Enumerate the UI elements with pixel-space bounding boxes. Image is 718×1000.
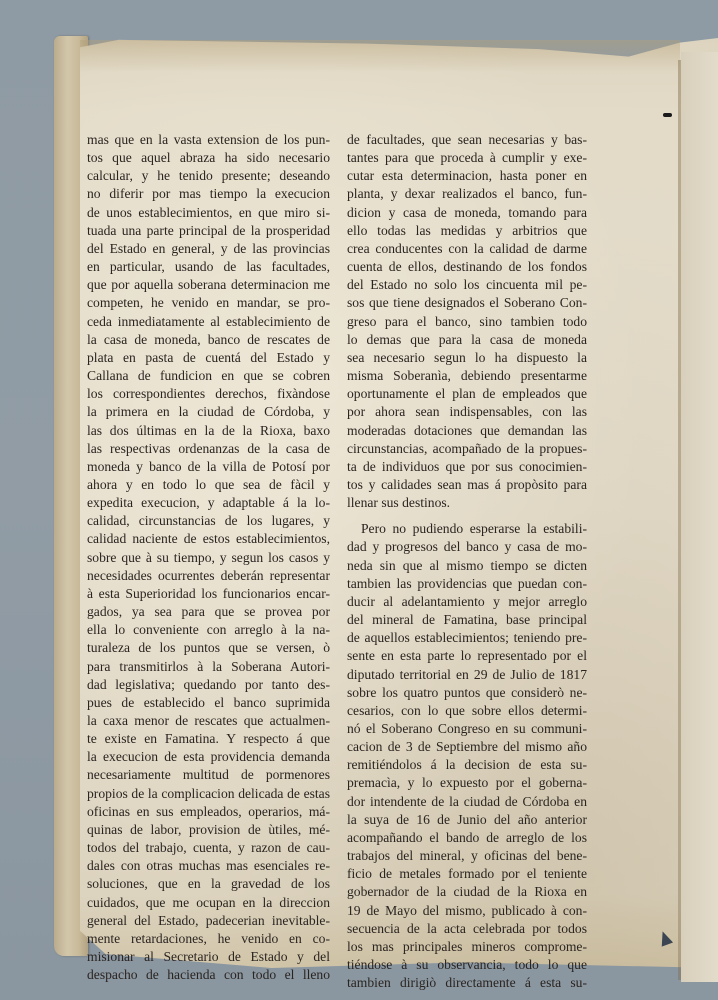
text-line: ficio de metales formado por el teniente [347, 865, 587, 883]
text-line: de aquellos establecimientos; teniendo p… [347, 629, 587, 647]
text-line: tos y calidades sean mas á propòsito par… [347, 476, 587, 494]
text-line: general del Estado, padecerian inevitabl… [87, 912, 330, 930]
text-line: misionar al Secretario de Estado y del [87, 948, 330, 966]
text-line: cesarios, con lo que sobre ellos determi… [347, 702, 587, 720]
text-line: de facultades, que sean necesarias y bas… [347, 131, 587, 149]
text-line: ta de individuos que por sus conocimien- [347, 458, 587, 476]
text-line: oficinas en sus empleados, operarios, má… [87, 803, 330, 821]
text-line: llenar sus destinos. [347, 494, 587, 512]
text-line: ahora y en todo lo que sea de fàcil y [87, 476, 330, 494]
text-line: despacho de hacienda con todo el lleno [87, 966, 330, 984]
text-line: en particular, usando de las facultades, [87, 258, 330, 276]
text-line: no diferir por mas tiempo la execucion [87, 185, 330, 203]
text-body: mas que en la vasta extension de los pun… [87, 131, 587, 992]
text-line: tambien dirigiò directamente á esta su- [347, 974, 587, 992]
text-line: moneda y banco de la villa de Potosí por [87, 458, 330, 476]
text-line: los mas principales mineros comprome- [347, 938, 587, 956]
text-line: sos que tiene designados el Soberano Con… [347, 294, 587, 312]
text-line: tambien las providencias que puedan con- [347, 575, 587, 593]
adjacent-page-edge [681, 52, 718, 982]
text-line: para transmitirlos à la Soberana Autori- [87, 658, 330, 676]
text-line: la caxa menor de rescates que actualmen- [87, 712, 330, 730]
text-line: quinas de labor, provision de ùtiles, mé… [87, 821, 330, 839]
text-line: necesidades ocurrentes deberán represent… [87, 567, 330, 585]
text-line: premacìa, y lo expuesto por el goberna- [347, 774, 587, 792]
text-line: sobre que à su tiempo, y segun los casos… [87, 549, 330, 567]
text-line: cacion de 3 de Septiembre del mismo año [347, 738, 587, 756]
text-line: plata en pasta de cuentá del Estado y [87, 349, 330, 367]
left-column: mas que en la vasta extension de los pun… [87, 131, 330, 992]
text-line: necesariamente multitud de pormenores [87, 766, 330, 784]
text-line: dad y progresos del banco y casa de mo- [347, 538, 587, 556]
text-line: secuencia de la acta celebrada por todos [347, 920, 587, 938]
text-line: trabajos del mineral, y oficinas del ben… [347, 847, 587, 865]
text-line: ducir al adelantamiento y mejor arreglo [347, 593, 587, 611]
text-line: que por aquella soberana determinacion m… [87, 276, 330, 294]
text-line: turaleza de los puntos que se versen, ò [87, 639, 330, 657]
text-line: cutar esta determinacion, hasta poner en [347, 167, 587, 185]
text-line: dales con otras muchas mas esenciales re… [87, 857, 330, 875]
text-line: sente en esta parte lo representado por … [347, 647, 587, 665]
text-line: las respectivas ordenanzas de la casa de [87, 440, 330, 458]
text-line: la primera en la ciudad de Córdoba, y [87, 403, 330, 421]
text-line: nó el Soberano Congreso en su communi- [347, 720, 587, 738]
text-line: dicion y casa de moneda, tomando para [347, 204, 587, 222]
text-line: 19 de Mayo del mismo, publicado à con- [347, 902, 587, 920]
text-line: ceda inmediatamente al establecimiento d… [87, 313, 330, 331]
text-line: del Estado no solo los cincuenta mil pe- [347, 276, 587, 294]
text-line: lo demas que para la casa de moneda [347, 331, 587, 349]
paragraph-2: Pero no pudiendo esperarse la estabili-d… [347, 520, 587, 992]
text-line: diputado territorial en 29 de Julio de 1… [347, 666, 587, 684]
text-line: las dos últimas en la de la Rioxa, baxo [87, 422, 330, 440]
text-line: dor intendente de la ciudad de Córdoba e… [347, 793, 587, 811]
text-line: oportunamente el plan de empleados que [347, 385, 587, 403]
text-line: la casa de moneda, banco de rescates de [87, 331, 330, 349]
text-line: moderadas dotaciones que demandan las [347, 422, 587, 440]
text-line: gobernador de la ciudad de la Rioxa en [347, 883, 587, 901]
text-line: por ahora sean indispensables, con las [347, 403, 587, 421]
text-line: mas que en la vasta extension de los pun… [87, 131, 330, 149]
text-line: expedita execucion, y adaptable á la lo- [87, 494, 330, 512]
text-line: la execucion de esta providencia demanda [87, 748, 330, 766]
text-line: los correspondientes derechos, fixàndose [87, 385, 330, 403]
text-line: ella lo conveniente con arreglo à la na- [87, 621, 330, 639]
text-line: cuidados, que me ocupan en la direccion [87, 894, 330, 912]
text-line: la suya de 16 de Junio del año anterior [347, 811, 587, 829]
text-line: crea conducentes con la calidad de darme [347, 240, 587, 258]
right-column: de facultades, que sean necesarias y bas… [347, 131, 587, 992]
text-line: dad legislativa; quedando por tanto des- [87, 676, 330, 694]
text-line: tantes para que proceda à cumplir y exe- [347, 149, 587, 167]
text-line: del Estado en general, y de las provinci… [87, 240, 330, 258]
text-line: pues de establecido el banco suprimida [87, 694, 330, 712]
text-line: de unos establecimientos, en que miro si… [87, 204, 330, 222]
text-line: tos que aquel abraza ha sido necesario [87, 149, 330, 167]
text-line: tuada una parte principal de la prosperi… [87, 222, 330, 240]
text-line: neda sin que al mismo tiempo se dicten [347, 557, 587, 575]
text-line: todos del trabajo, cuenta, y razon de ca… [87, 839, 330, 857]
text-line: à esta Superioridad los funcionarios enc… [87, 585, 330, 603]
text-line: mente retardaciones, he venido en co- [87, 930, 330, 948]
text-line: calcular, y he tenido presente; deseando [87, 167, 330, 185]
text-line: del mineral de Famatina, base principal [347, 611, 587, 629]
text-line: soluciones, que en la gravedad de los [87, 875, 330, 893]
text-line: cuenta de ellos, destinando de los fondo… [347, 258, 587, 276]
ink-blot-mark [663, 113, 672, 117]
text-line: calidad, circunstancias de los lugares, … [87, 512, 330, 530]
text-line: planta, y dexar realizados el banco, fun… [347, 185, 587, 203]
text-line: sea necesario segun lo ha dispuesto la [347, 349, 587, 367]
text-line: propios de la complicacion delicada de e… [87, 785, 330, 803]
text-line: greso para el banco, sino tambien todo [347, 313, 587, 331]
text-line: competen, he venido en mandar, se pro- [87, 294, 330, 312]
text-line: Pero no pudiendo esperarse la estabili- [347, 520, 587, 538]
text-line: acompañando el bando de arreglo de los [347, 829, 587, 847]
text-line: ello todas las medidas y arbitrios que [347, 222, 587, 240]
text-line: sobre los quatro puntos que considerò ne… [347, 684, 587, 702]
page-top-stain [80, 40, 680, 72]
text-line: Callana de fundicion en que se cobren [87, 367, 330, 385]
text-line: misma Soberanìa, debiendo presentarme [347, 367, 587, 385]
text-line: tiéndose à su observancia, todo lo que [347, 956, 587, 974]
paragraph-1: de facultades, que sean necesarias y bas… [347, 131, 587, 512]
text-line: gados, ya sea para que se provea por [87, 603, 330, 621]
text-line: te existe en Famatina. Y respecto á que [87, 730, 330, 748]
text-line: circunstancias, acompañado de la propues… [347, 440, 587, 458]
text-line: calidad naciente de estos establecimient… [87, 530, 330, 548]
text-line: remitiéndolos á la decision de esta su- [347, 756, 587, 774]
